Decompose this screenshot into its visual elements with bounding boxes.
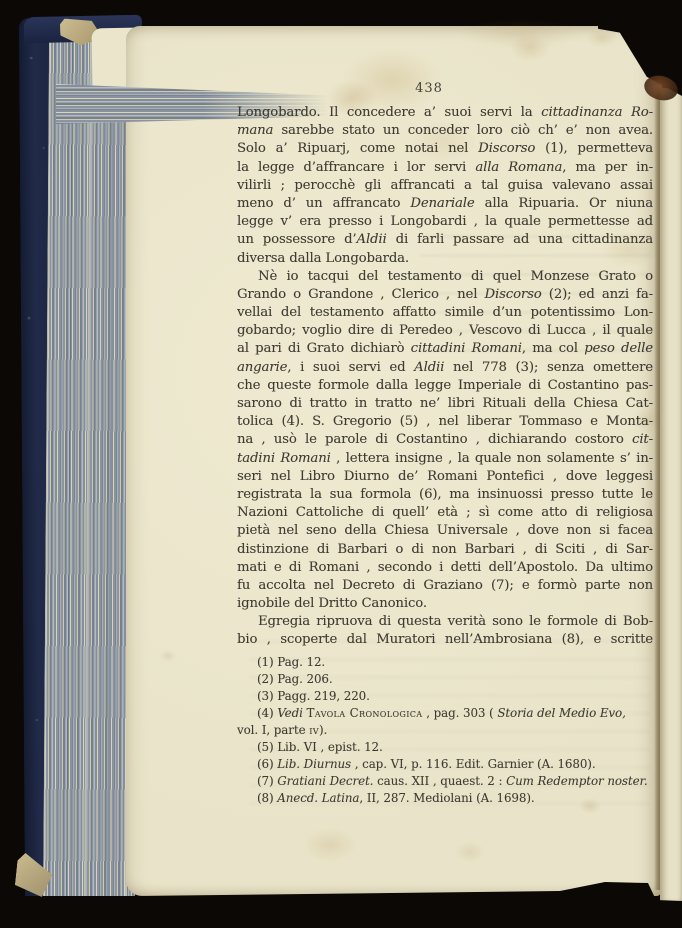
book-scan-photo: 438 Longobardo. Il concedere a’ suoi ser…: [0, 0, 682, 928]
footnote-line: (2) Pag. 206.: [237, 671, 653, 688]
text-line: seri nel Libro Diurno de’ Romani Pontefi…: [237, 468, 653, 486]
text-line: che queste formole dalla legge Imperiale…: [237, 377, 653, 395]
text-line: pietà nel seno della Chiesa Universale ,…: [237, 522, 653, 540]
text-line: Nazioni Cattoliche di quell’ età ; sì co…: [237, 504, 653, 522]
footnote-line: (6) Lib. Diurnus , cap. VI, p. 116. Edit…: [237, 756, 653, 773]
text-line: al pari di Grato dichiarò cittadini Roma…: [237, 340, 653, 358]
text-line: tolica (4). S. Gregorio (5) , nel libera…: [237, 413, 653, 431]
text-line: meno d’ un affrancato Denariale alla Rip…: [237, 195, 653, 213]
text-line: diversa dalla Longobarda.: [237, 250, 653, 268]
footnote-line: (7) Gratiani Decret. caus. XII , quaest.…: [237, 773, 653, 790]
facing-page-edge: [660, 88, 682, 902]
text-line: Solo a’ Ripuarj, come notai nel Discorso…: [237, 140, 653, 158]
text-line: mana sarebbe stato un conceder loro ciò …: [237, 122, 653, 140]
footnote-line: (5) Lib. VI , epist. 12.: [237, 739, 653, 756]
text-line: tadini Romani , lettera insigne , la qua…: [237, 450, 653, 468]
text-line: un possessore d’Aldii di farli passare a…: [237, 231, 653, 249]
text-line: bio , scoperte dal Muratori nell’Ambrosi…: [237, 631, 653, 649]
text-line: sarono di tratto in tratto ne’ libri Rit…: [237, 395, 653, 413]
page-number: 438: [221, 80, 637, 98]
text-line: Egregia ripruova di questa verità sono l…: [237, 613, 653, 631]
footnote-line: (8) Anecd. Latina, II, 287. Mediolani (A…: [237, 790, 653, 807]
text-line: la legge d’affrancare i lor servi alla R…: [237, 159, 653, 177]
text-line: angarie, i suoi servi ed Aldii nel 778 (…: [237, 359, 653, 377]
text-line: Grando o Grandone , Clerico , nel Discor…: [237, 286, 653, 304]
footnote-line: vol. I, parte iv).: [237, 722, 653, 739]
text-line: fu accolta nel Decreto di Graziano (7); …: [237, 577, 653, 595]
body-paragraphs: Longobardo. Il concedere a’ suoi servi l…: [237, 104, 653, 650]
footnote-line: (4) Vedi Tavola Cronologica , pag. 303 (…: [237, 705, 653, 722]
text-line: registrata la sua formola (6), ma insinu…: [237, 486, 653, 504]
text-line: gobardo; voglio dire di Peredeo , Vescov…: [237, 322, 653, 340]
text-line: legge v’ era presso i Longobardi , la qu…: [237, 213, 653, 231]
text-line: na , usò le parole di Costantino , dichi…: [237, 431, 653, 449]
text-line: distinzione di Barbari o di non Barbari …: [237, 541, 653, 559]
footnote-line: (1) Pag. 12.: [237, 654, 653, 671]
text-line: vellai del testamento affatto simile d’u…: [237, 304, 653, 322]
footnotes: (1) Pag. 12.(2) Pag. 206.(3) Pagg. 219, …: [237, 654, 653, 807]
text-line: Nè io tacqui del testamento di quel Monz…: [237, 268, 653, 286]
text-line: ignobile del Dritto Canonico.: [237, 595, 653, 613]
printed-text-block: 438 Longobardo. Il concedere a’ suoi ser…: [237, 80, 653, 807]
text-line: Longobardo. Il concedere a’ suoi servi l…: [237, 104, 653, 122]
text-line: mati e di Romani , secondo i detti dell’…: [237, 559, 653, 577]
footnote-line: (3) Pagg. 219, 220.: [237, 688, 653, 705]
text-line: vilirli ; perocchè gli affrancati a tal …: [237, 177, 653, 195]
